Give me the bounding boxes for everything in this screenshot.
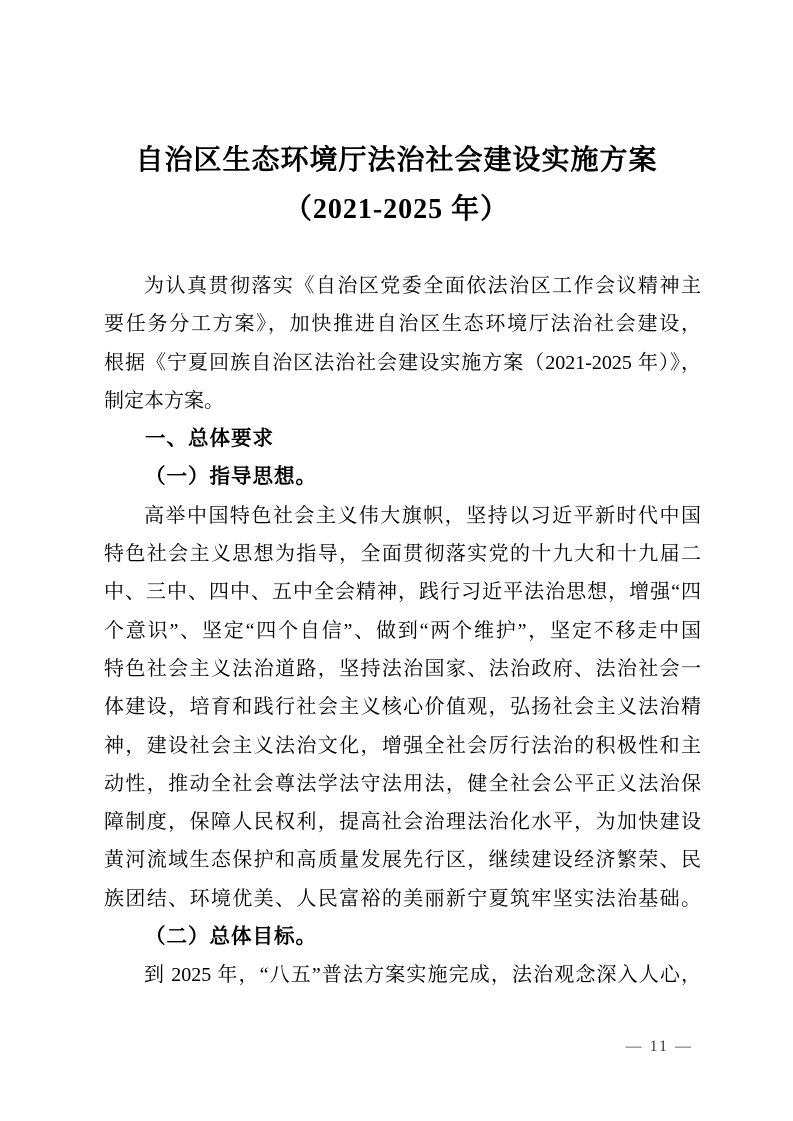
page-number: — 11 — [626, 1036, 693, 1058]
intro-paragraph: 为认真贯彻落实《自治区党委全面依法治区工作会议精神主要任务分工方案》，加快推进自… [104, 267, 701, 420]
text-line: 动性，推动全社会尊法学法守法用法，健全社会公平正义法治保 [104, 765, 701, 803]
text-line: 体建设，培育和践行社会主义核心价值观，弘扬社会主义法治精 [104, 688, 701, 726]
document-title: 自治区生态环境厅法治社会建设实施方案 （2021-2025 年） [0, 136, 793, 234]
text-line: 到 2025 年，“八五”普法方案实施完成，法治观念深入人心， [104, 956, 701, 994]
text-line: 个意识”、坚定“四个自信”、做到“两个维护”，坚定不移走中国 [104, 612, 701, 650]
text-line: 特色社会主义法治道路，坚持法治国家、法治政府、法治社会一 [104, 650, 701, 688]
document-page: 自治区生态环境厅法治社会建设实施方案 （2021-2025 年） 为认真贯彻落实… [0, 0, 793, 1121]
text-line: 中、三中、四中、五中全会精神，践行习近平法治思想，增强“四 [104, 573, 701, 611]
document-title-line1: 自治区生态环境厅法治社会建设实施方案 [0, 136, 793, 185]
subsection-2-heading: （二）总体目标。 [104, 918, 701, 956]
text-line: 黄河流域生态保护和高质量发展先行区，继续建设经济繁荣、民 [104, 841, 701, 879]
text-line: 高举中国特色社会主义伟大旗帜，坚持以习近平新时代中国 [104, 497, 701, 535]
section-1-heading: 一、总体要求 [104, 420, 701, 458]
overall-goal-paragraph: 到 2025 年，“八五”普法方案实施完成，法治观念深入人心， [104, 956, 701, 994]
document-title-line2: （2021-2025 年） [0, 185, 793, 234]
text-line: 族团结、环境优美、人民富裕的美丽新宁夏筑牢坚实法治基础。 [104, 880, 701, 918]
text-line: 障制度，保障人民权利，提高社会治理法治化水平，为加快建设 [104, 803, 701, 841]
document-body: 为认真贯彻落实《自治区党委全面依法治区工作会议精神主要任务分工方案》，加快推进自… [104, 267, 701, 995]
text-line: 神，建设社会主义法治文化，增强全社会厉行法治的积极性和主 [104, 727, 701, 765]
guiding-ideology-paragraph: 高举中国特色社会主义伟大旗帜，坚持以习近平新时代中国特色社会主义思想为指导，全面… [104, 497, 701, 918]
text-line: 特色社会主义思想为指导，全面贯彻落实党的十九大和十九届二 [104, 535, 701, 573]
text-line: 要任务分工方案》，加快推进自治区生态环境厅法治社会建设， [104, 305, 701, 343]
subsection-1-heading: （一）指导思想。 [104, 458, 701, 496]
text-line: 为认真贯彻落实《自治区党委全面依法治区工作会议精神主 [104, 267, 701, 305]
text-line: 根据《宁夏回族自治区法治社会建设实施方案（2021-2025 年）》， [104, 344, 701, 382]
text-line: 制定本方案。 [104, 382, 701, 420]
